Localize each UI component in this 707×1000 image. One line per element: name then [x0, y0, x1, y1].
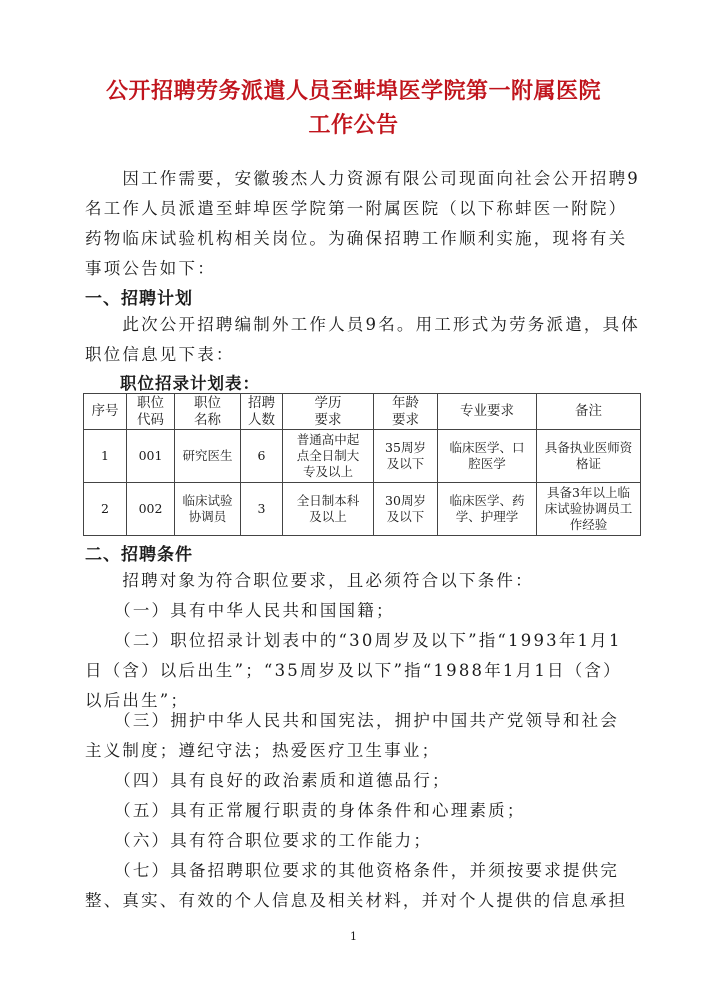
condition-line: （一）具有中华人民共和国国籍；: [85, 596, 645, 626]
intro-line: 事项公告如下：: [85, 254, 645, 284]
cell-major: 临床医学、口腔医学: [438, 430, 537, 483]
cell-education: 全日制本科及以上: [283, 483, 374, 536]
section1-paragraph-line: 职位信息见下表：: [85, 340, 645, 370]
table-row: 1 001 研究医生 6 普通高中起点全日制大专及以上 35周岁及以下 临床医学…: [84, 430, 641, 483]
cell-major: 临床医学、药学、护理学: [438, 483, 537, 536]
cell-seq: 1: [84, 430, 127, 483]
condition-line: 主义制度；遵纪守法；热爱医疗卫生事业；: [85, 736, 645, 766]
cell-name: 临床试验协调员: [175, 483, 241, 536]
table-row: 2 002 临床试验协调员 3 全日制本科及以上 30周岁及以下 临床医学、药学…: [84, 483, 641, 536]
header-code: 职位代码: [127, 394, 175, 430]
cell-code: 002: [127, 483, 175, 536]
cell-remark: 具备3年以上临床试验协调员工作经验: [537, 483, 641, 536]
section1-heading: 一、招聘计划: [85, 284, 193, 309]
condition-line: （三）拥护中华人民共和国宪法，拥护中国共产党领导和社会: [85, 706, 645, 736]
intro-line: 因工作需要，安徽骏杰人力资源有限公司现面向社会公开招聘9: [85, 164, 645, 194]
section2-heading: 二、招聘条件: [85, 540, 193, 565]
section1-paragraph-line: 此次公开招聘编制外工作人员9名。用工形式为劳务派遣，具体: [85, 310, 645, 340]
intro-line: 药物临床试验机构相关岗位。为确保招聘工作顺利实施，现将有关: [85, 224, 645, 254]
position-plan-table: 序号 职位代码 职位名称 招聘人数 学历要求 年龄要求 专业要求 备注 1 00…: [83, 393, 641, 536]
header-major: 专业要求: [438, 394, 537, 430]
cell-age: 35周岁及以下: [374, 430, 438, 483]
cell-age: 30周岁及以下: [374, 483, 438, 536]
cell-education: 普通高中起点全日制大专及以上: [283, 430, 374, 483]
intro-line: 名工作人员派遣至蚌埠医学院第一附属医院（以下称蚌医一附院）: [85, 194, 645, 224]
header-seq: 序号: [84, 394, 127, 430]
table-caption: 职位招录计划表：: [120, 370, 260, 394]
header-count: 招聘人数: [241, 394, 283, 430]
cell-count: 3: [241, 483, 283, 536]
header-name: 职位名称: [175, 394, 241, 430]
page-number: 1: [0, 930, 707, 943]
condition-line: （五）具有正常履行职责的身体条件和心理素质；: [85, 796, 645, 826]
condition-line: （二）职位招录计划表中的“30周岁及以下”指“1993年1月1: [85, 626, 645, 656]
condition-line: 整、真实、有效的个人信息及相关材料，并对个人提供的信息承担: [85, 886, 645, 916]
document-title-line1: 公开招聘劳务派遣人员至蚌埠医学院第一附属医院: [0, 74, 707, 105]
header-age: 年龄要求: [374, 394, 438, 430]
header-remark: 备注: [537, 394, 641, 430]
document-title-line2: 工作公告: [0, 108, 707, 139]
condition-line: 日（含）以后出生”；“35周岁及以下”指“1988年1月1日（含）: [85, 656, 645, 686]
cell-seq: 2: [84, 483, 127, 536]
header-education: 学历要求: [283, 394, 374, 430]
table-header-row: 序号 职位代码 职位名称 招聘人数 学历要求 年龄要求 专业要求 备注: [84, 394, 641, 430]
cell-name: 研究医生: [175, 430, 241, 483]
condition-line: 招聘对象为符合职位要求，且必须符合以下条件：: [85, 566, 645, 596]
cell-count: 6: [241, 430, 283, 483]
condition-line: （六）具有符合职位要求的工作能力；: [85, 826, 645, 856]
condition-line: （七）具备招聘职位要求的其他资格条件，并须按要求提供完: [85, 856, 645, 886]
condition-line: （四）具有良好的政治素质和道德品行；: [85, 766, 645, 796]
cell-code: 001: [127, 430, 175, 483]
cell-remark: 具备执业医师资格证: [537, 430, 641, 483]
